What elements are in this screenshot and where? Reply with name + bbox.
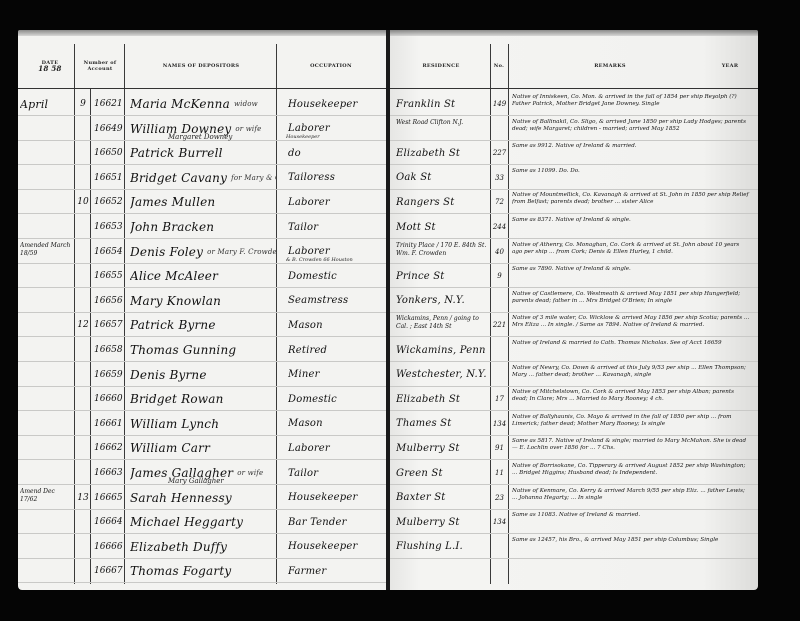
- table-row: Amend Dec 17/621316665Sarah HennessyHous…: [18, 486, 388, 510]
- remarks: Native of Mitchelstown, Co. Cork & arriv…: [512, 387, 750, 413]
- occupation: Laborer: [288, 190, 384, 214]
- account-number: 16651: [94, 166, 124, 190]
- depositor-name: Alice McAleer: [130, 264, 276, 288]
- table-row: 16661William LynchMason: [18, 412, 388, 436]
- depositor-name-text: Patrick Byrne: [130, 318, 216, 332]
- date-day: 12: [76, 313, 90, 337]
- remarks: Native of Athenry, Co. Monaghan, Co. Cor…: [512, 240, 750, 266]
- occupation: Retired: [288, 338, 384, 362]
- depositor-name-text: Elizabeth Duffy: [130, 540, 227, 554]
- occupation: Domestic: [288, 264, 384, 288]
- page-top-edge: [18, 30, 388, 36]
- depositor-name: Mary Knowlan: [130, 289, 276, 313]
- table-row: Green St11Native of Borrisokane, Co. Tip…: [390, 461, 758, 485]
- residence: Franklin St: [396, 92, 488, 116]
- remarks: Same as 12457, his Bro., & arrived May 1…: [512, 535, 750, 561]
- occupation: do: [288, 141, 384, 165]
- residence: Yonkers, N.Y.: [396, 289, 488, 313]
- depositor-name: Thomas Gunning: [130, 338, 276, 362]
- occupation: Housekeeper: [288, 92, 384, 116]
- account-number: 16621: [94, 92, 124, 116]
- table-row: 16655Alice McAleerDomestic: [18, 264, 388, 288]
- account-number: 16666: [94, 535, 124, 559]
- date-month: [20, 141, 72, 165]
- table-row: 16662William CarrLaborer: [18, 436, 388, 460]
- date-month: [20, 338, 72, 362]
- remarks: Same as 7890. Native of Ireland & single…: [512, 264, 750, 290]
- house-number: 134: [491, 510, 508, 534]
- date-month: [20, 535, 72, 559]
- house-number: [491, 338, 508, 362]
- table-row: 1016652James MullenLaborer: [18, 190, 388, 214]
- table-row: 16663James Gallagher or wifeMary Gallagh…: [18, 461, 388, 485]
- depositor-name-text: Thomas Fogarty: [130, 564, 231, 578]
- residence: Flushing L.I.: [396, 535, 488, 559]
- date-day: [76, 117, 90, 141]
- depositor-name-text: Thomas Gunning: [130, 343, 236, 357]
- right-page: RESIDENCE No. REMARKS YEAR Franklin St14…: [390, 30, 758, 590]
- date-day: [76, 535, 90, 559]
- remarks: Native of Ireland & married to Cath. Tho…: [512, 338, 750, 364]
- date-day: [76, 510, 90, 534]
- date-month: [20, 510, 72, 534]
- depositor-name-text: Alice McAleer: [130, 269, 218, 283]
- account-number: 16665: [94, 486, 124, 510]
- table-row: Amended March 18/5916654Denis Foley or M…: [18, 240, 388, 264]
- house-number: 23: [491, 486, 508, 510]
- depositor-name: Maria McKenna widow: [130, 92, 276, 116]
- occupation: Tailor: [288, 215, 384, 239]
- residence: Elizabeth St: [396, 141, 488, 165]
- table-row: 16650Patrick Burrelldo: [18, 141, 388, 165]
- house-number: 221: [491, 313, 508, 337]
- table-row: Thames St134Native of Ballyhaunis, Co. M…: [390, 412, 758, 436]
- date-month: Amended March 18/59: [20, 240, 72, 266]
- date-day: [76, 412, 90, 436]
- date-day: 13: [76, 486, 90, 510]
- depositor-name: Thomas Fogarty: [130, 559, 276, 583]
- table-row: Trinity Place / 170 E. 84th St. Wm. F. C…: [390, 240, 758, 264]
- depositor-name-text: Michael Heggarty: [130, 515, 243, 529]
- table-row: 16667Thomas FogartyFarmer: [18, 559, 388, 583]
- residence: Mulberry St: [396, 510, 488, 534]
- occupation-note: & B. Crowden 66 Houston: [286, 257, 353, 263]
- depositor-name: Bridget Rowan: [130, 387, 276, 411]
- table-row: 16653John BrackenTailor: [18, 215, 388, 239]
- date-day: [76, 559, 90, 583]
- remarks: Same as 9912. Native of Ireland & marrie…: [512, 141, 750, 167]
- table-row: Mott St244Same as 8371. Native of Irelan…: [390, 215, 758, 239]
- table-row: 16658Thomas GunningRetired: [18, 338, 388, 362]
- date-day: [76, 240, 90, 264]
- depositor-name: Patrick Burrell: [130, 141, 276, 165]
- table-row: Mulberry St134Same as 11083. Native of I…: [390, 510, 758, 534]
- house-number: 17: [491, 387, 508, 411]
- account-number: 16652: [94, 190, 124, 214]
- table-row: Wickamins, Penn / going to Cal. ; East 1…: [390, 313, 758, 337]
- date-day: 10: [76, 190, 90, 214]
- depositor-joint-name: Margaret Downey: [168, 133, 232, 141]
- header-date: DATE18 58: [28, 46, 72, 86]
- depositor-name: James Mullen: [130, 190, 276, 214]
- date-day: [76, 338, 90, 362]
- account-number: 16664: [94, 510, 124, 534]
- occupation: Mason: [288, 412, 384, 436]
- remarks: Native of Castlemere, Co. Westmeath & ar…: [512, 289, 750, 315]
- table-row: 16659Denis ByrneMiner: [18, 363, 388, 387]
- depositor-name-text: Patrick Burrell: [130, 146, 223, 160]
- date-month: [20, 363, 72, 387]
- remarks: Native of Inniskeen, Co. Mon. & arrived …: [512, 92, 750, 118]
- remarks: Same as 11099. Do. Do.: [512, 166, 750, 192]
- depositor-name-text: Denis Foley: [130, 245, 203, 259]
- table-row: Oak St33Same as 11099. Do. Do.: [390, 166, 758, 190]
- table-row: Elizabeth St227Same as 9912. Native of I…: [390, 141, 758, 165]
- account-number: 16649: [94, 117, 124, 141]
- table-row: Prince St9Same as 7890. Native of Irelan…: [390, 264, 758, 288]
- house-number: 244: [491, 215, 508, 239]
- date-month: [20, 461, 72, 485]
- house-number: 33: [491, 166, 508, 190]
- house-number: [491, 363, 508, 387]
- date-month: [20, 387, 72, 411]
- remarks: Native of Borrisokane, Co. Tipperary & a…: [512, 461, 750, 487]
- residence: Wickamins, Penn / going to Cal. ; East 1…: [396, 313, 488, 339]
- house-number: 40: [491, 240, 508, 264]
- house-number: [491, 535, 508, 559]
- residence: Trinity Place / 170 E. 84th St. Wm. F. C…: [396, 240, 488, 266]
- depositor-name: Elizabeth Duffy: [130, 535, 276, 559]
- date-month: [20, 117, 72, 141]
- residence: Mulberry St: [396, 436, 488, 460]
- occupation: Seamstress: [288, 289, 384, 313]
- remarks: Native of 3 mile water, Co. Wicklow & ar…: [512, 313, 750, 339]
- remarks: Same as 5817. Native of Ireland & single…: [512, 436, 750, 462]
- ledger-spread: DATE18 58 Number of Account NAMES OF DEP…: [18, 30, 758, 590]
- occupation: Domestic: [288, 387, 384, 411]
- table-row: Flushing L.I.Same as 12457, his Bro., & …: [390, 535, 758, 559]
- date-month: April: [20, 92, 72, 116]
- account-number: 16658: [94, 338, 124, 362]
- residence: West Road Clifton N.J.: [396, 117, 488, 143]
- account-number: 16667: [94, 559, 124, 583]
- depositor-name-note: or Mary F. Crowden: [207, 248, 276, 256]
- table-row: Mulberry St91Same as 5817. Native of Ire…: [390, 436, 758, 460]
- house-number: [491, 289, 508, 313]
- occupation: Housekeeper: [288, 486, 384, 510]
- occupation: Miner: [288, 363, 384, 387]
- occupation: Housekeeper: [288, 535, 384, 559]
- remarks: Native of Mountmellick, Co. Kavanagh & a…: [512, 190, 750, 216]
- table-row: Yonkers, N.Y.Native of Castlemere, Co. W…: [390, 289, 758, 313]
- depositor-name-note: or wife: [235, 125, 261, 133]
- account-number: 16656: [94, 289, 124, 313]
- account-number: 16657: [94, 313, 124, 337]
- residence: Baxter St: [396, 486, 488, 510]
- date-month: [20, 412, 72, 436]
- depositor-name-text: Mary Knowlan: [130, 294, 221, 308]
- table-row: Westchester, N.Y.Native of Newry, Co. Do…: [390, 363, 758, 387]
- header-account: Number of Account: [76, 46, 124, 86]
- table-row: 16649William Downey or wifeMargaret Down…: [18, 117, 388, 141]
- residence: Westchester, N.Y.: [396, 363, 488, 387]
- depositor-name: Michael Heggarty: [130, 510, 276, 534]
- depositor-joint-name: Mary Gallagher: [168, 477, 224, 485]
- header-year: 18 58: [38, 64, 61, 73]
- account-number: 16661: [94, 412, 124, 436]
- remarks: Native of Ballinakil, Co. Sligo, & arriv…: [512, 117, 750, 143]
- house-number: 9: [491, 264, 508, 288]
- account-number: 16650: [94, 141, 124, 165]
- depositor-name-note: or wife: [237, 469, 263, 477]
- remarks: Same as 11083. Native of Ireland & marri…: [512, 510, 750, 536]
- header-residence: RESIDENCE: [394, 46, 488, 86]
- residence: Rangers St: [396, 190, 488, 214]
- date-month: [20, 215, 72, 239]
- header-rule: [18, 88, 388, 89]
- date-month: [20, 166, 72, 190]
- depositor-name-text: Bridget Rowan: [130, 392, 224, 406]
- table-row: Elizabeth St17Native of Mitchelstown, Co…: [390, 387, 758, 411]
- account-number: 16660: [94, 387, 124, 411]
- depositor-name: William Lynch: [130, 412, 276, 436]
- depositor-name-text: Maria McKenna: [130, 97, 230, 111]
- remarks: Native of Newry, Co. Down & arrived at t…: [512, 363, 750, 389]
- date-day: [76, 141, 90, 165]
- occupation-note: Housekeeper: [286, 134, 320, 140]
- residence: Green St: [396, 461, 488, 485]
- date-day: [76, 264, 90, 288]
- date-month: [20, 559, 72, 583]
- depositor-name: Denis Foley or Mary F. Crowden: [130, 240, 276, 264]
- date-day: [76, 215, 90, 239]
- date-day: 9: [76, 92, 90, 116]
- date-month: [20, 289, 72, 313]
- header-names: NAMES OF DEPOSITORS: [126, 46, 276, 86]
- table-row: April916621Maria McKenna widowHousekeepe…: [18, 92, 388, 116]
- header-year-col: YEAR: [710, 46, 750, 86]
- header-no: No.: [490, 46, 508, 86]
- account-number: 16653: [94, 215, 124, 239]
- occupation: Mason: [288, 313, 384, 337]
- header-occupation: OCCUPATION: [278, 46, 384, 86]
- table-row: West Road Clifton N.J.Native of Ballinak…: [390, 117, 758, 141]
- depositor-name-text: William Lynch: [130, 417, 219, 431]
- depositor-name: Bridget Cavany for Mary & Cath Dillon: [130, 166, 276, 190]
- header-rule: [390, 88, 758, 89]
- remarks: Same as 8371. Native of Ireland & single…: [512, 215, 750, 241]
- house-number: 149: [491, 92, 508, 116]
- table-row: 16656Mary KnowlanSeamstress: [18, 289, 388, 313]
- account-number: 16663: [94, 461, 124, 485]
- occupation: Tailor: [288, 461, 384, 485]
- date-month: [20, 264, 72, 288]
- date-day: [76, 289, 90, 313]
- house-number: 11: [491, 461, 508, 485]
- house-number: 72: [491, 190, 508, 214]
- table-row: 16651Bridget Cavany for Mary & Cath Dill…: [18, 166, 388, 190]
- header-remarks: REMARKS: [510, 46, 710, 86]
- account-number: 16655: [94, 264, 124, 288]
- depositor-name-text: William Carr: [130, 441, 210, 455]
- date-day: [76, 363, 90, 387]
- residence: Prince St: [396, 264, 488, 288]
- residence: Oak St: [396, 166, 488, 190]
- residence: Mott St: [396, 215, 488, 239]
- page-top-edge: [390, 30, 758, 36]
- residence: Elizabeth St: [396, 387, 488, 411]
- depositor-name: William Carr: [130, 436, 276, 460]
- house-number: 134: [491, 412, 508, 436]
- account-number: 16662: [94, 436, 124, 460]
- house-number: 227: [491, 141, 508, 165]
- left-page: DATE18 58 Number of Account NAMES OF DEP…: [18, 30, 388, 590]
- occupation: Laborer: [288, 436, 384, 460]
- depositor-name-text: James Mullen: [130, 195, 215, 209]
- remarks: Native of Ballyhaunis, Co. Mayo & arrive…: [512, 412, 750, 438]
- depositor-name: Denis Byrne: [130, 363, 276, 387]
- date-day: [76, 387, 90, 411]
- depositor-name: Sarah Hennessy: [130, 486, 276, 510]
- table-row: 16666Elizabeth DuffyHousekeeper: [18, 535, 388, 559]
- house-number: [491, 117, 508, 141]
- date-day: [76, 166, 90, 190]
- occupation: Farmer: [288, 559, 384, 583]
- date-month: [20, 190, 72, 214]
- depositor-name-text: Sarah Hennessy: [130, 491, 232, 505]
- table-row: Rangers St72Native of Mountmellick, Co. …: [390, 190, 758, 214]
- remarks: Native of Kenmare, Co. Kerry & arrived M…: [512, 486, 750, 512]
- depositor-name-note: for Mary & Cath Dillon: [231, 174, 276, 182]
- residence: Wickamins, Penn: [396, 338, 488, 362]
- date-day: [76, 436, 90, 460]
- table-row: Wickamins, PennNative of Ireland & marri…: [390, 338, 758, 362]
- table-row: 1216657Patrick ByrneMason: [18, 313, 388, 337]
- date-month: Amend Dec 17/62: [20, 486, 72, 512]
- depositor-name-text: John Bracken: [130, 220, 214, 234]
- depositor-name: Patrick Byrne: [130, 313, 276, 337]
- table-row: 16660Bridget RowanDomestic: [18, 387, 388, 411]
- table-row: Franklin St149Native of Inniskeen, Co. M…: [390, 92, 758, 116]
- table-row: 16664Michael HeggartyBar Tender: [18, 510, 388, 534]
- occupation: Tailoress: [288, 166, 384, 190]
- residence: Thames St: [396, 412, 488, 436]
- house-number: 91: [491, 436, 508, 460]
- table-row: Baxter St23Native of Kenmare, Co. Kerry …: [390, 486, 758, 510]
- occupation: Bar Tender: [288, 510, 384, 534]
- depositor-name-text: Denis Byrne: [130, 368, 207, 382]
- depositor-name: John Bracken: [130, 215, 276, 239]
- depositor-name-text: Bridget Cavany: [130, 171, 227, 185]
- date-month: [20, 313, 72, 337]
- date-month: [20, 436, 72, 460]
- depositor-name-note: widow: [234, 100, 258, 108]
- date-day: [76, 461, 90, 485]
- account-number: 16654: [94, 240, 124, 264]
- account-number: 16659: [94, 363, 124, 387]
